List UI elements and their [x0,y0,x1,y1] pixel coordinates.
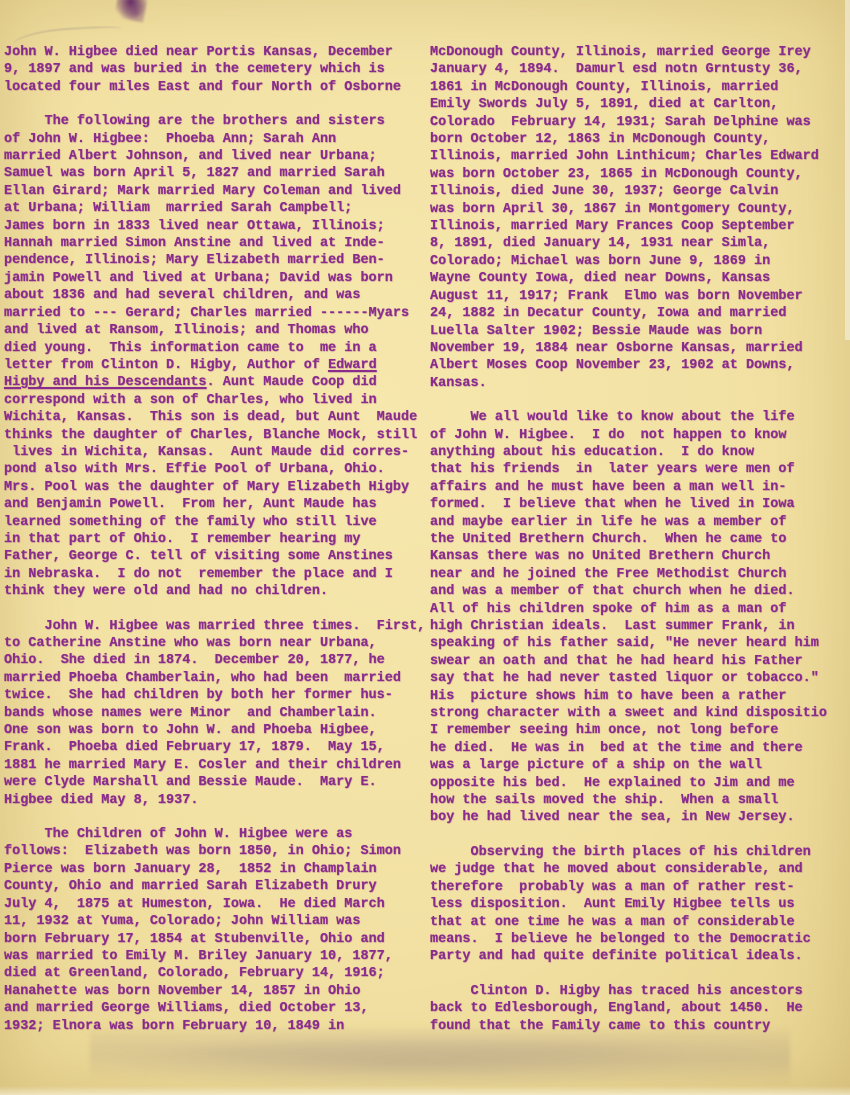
text-run: . Aunt Maude Coop did correspond with a … [4,375,417,599]
paragraph-life-character: We all would like to know about the life… [430,409,850,827]
ink-smudge [114,0,149,23]
scan-edge [0,1086,850,1095]
book-title-underlined: Higby and his Descendants [4,375,207,390]
document-page: John W. Higbee died near Portis Kansas, … [0,0,850,1095]
paper-stain [90,1028,790,1086]
text-run: The following are the brothers and siste… [4,114,409,373]
paragraph-marriages: John W. Higbee was married three times. … [4,618,428,809]
right-column: McDonough County, Illinois, married Geor… [430,44,850,1052]
paragraph-children: The Children of John W. Higbee were as f… [4,826,428,1035]
paragraph-death-burial: John W. Higbee died near Portis Kansas, … [4,44,428,96]
paragraph-children-continued: McDonough County, Illinois, married Geor… [430,44,850,392]
pencil-scribble [12,24,123,46]
scan-edge [845,0,850,340]
paragraph-disposition: Observing the birth places of his childr… [430,844,850,966]
paragraph-siblings: The following are the brothers and siste… [4,113,428,600]
book-title-underlined: Edward [328,358,377,373]
left-column: John W. Higbee died near Portis Kansas, … [4,44,428,1052]
